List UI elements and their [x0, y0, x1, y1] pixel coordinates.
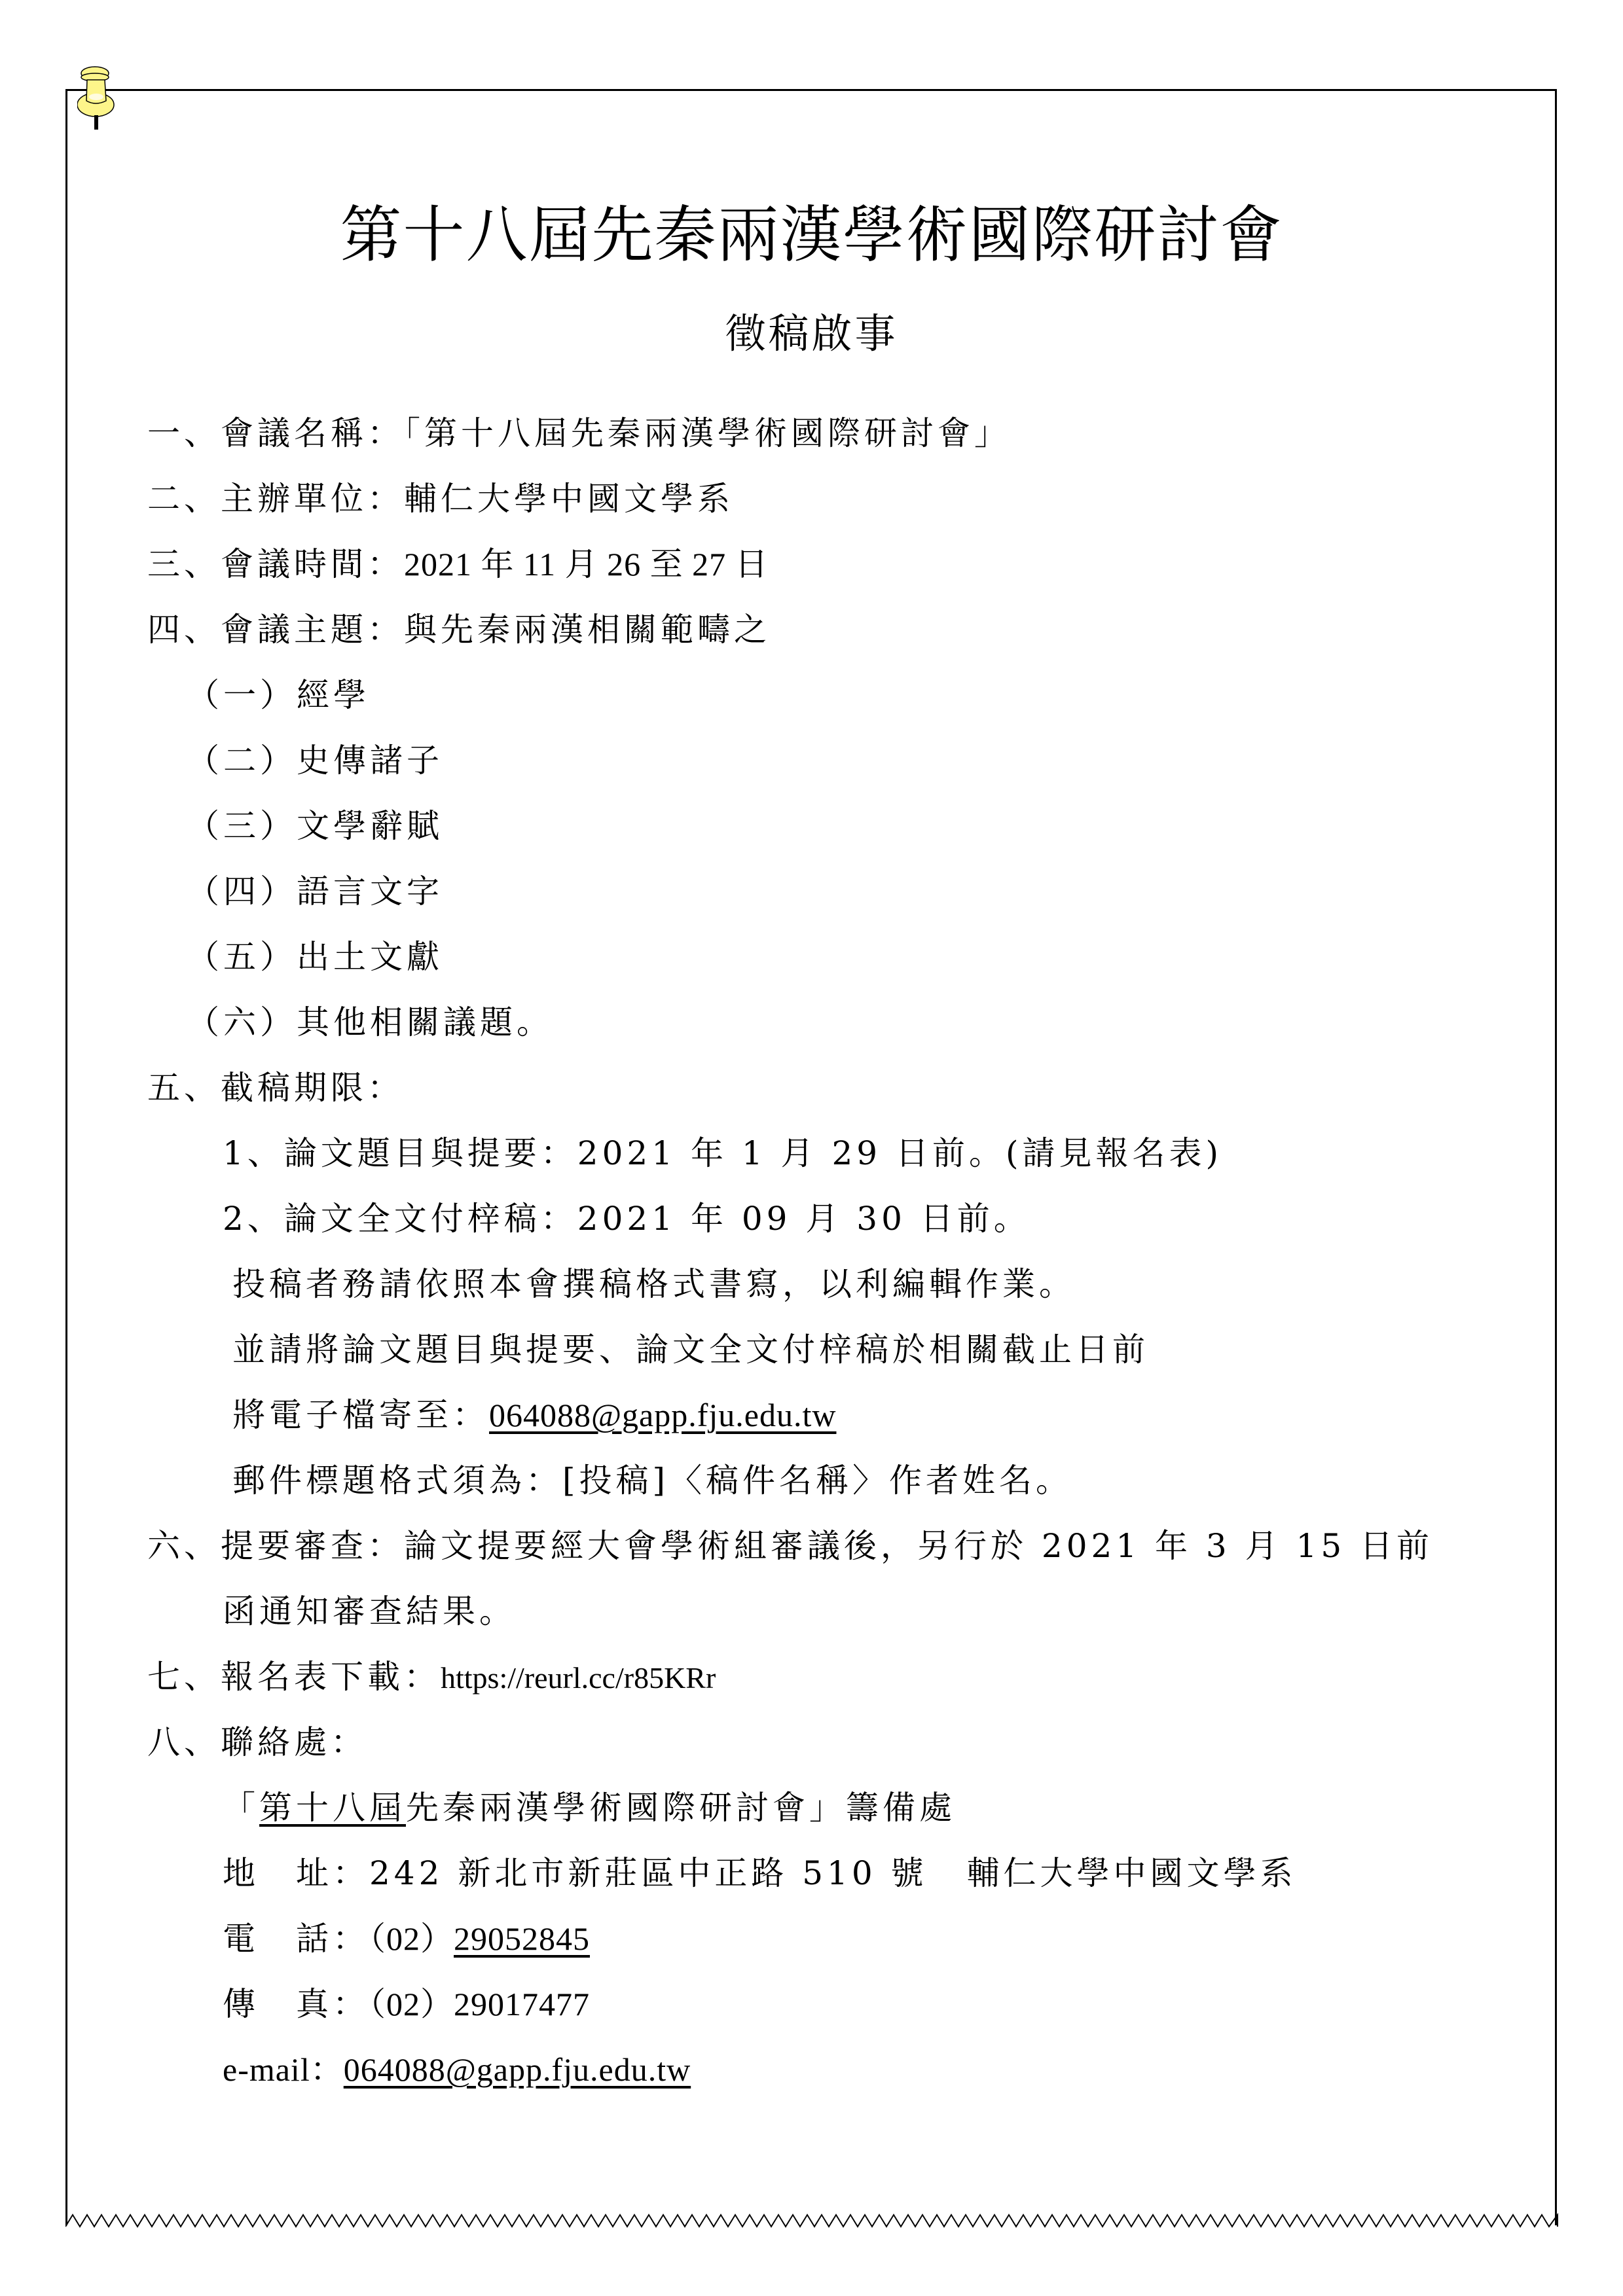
- topic-number: （二）: [187, 742, 297, 780]
- topic-item: （一）經學: [187, 674, 370, 716]
- topic-number: （五）: [187, 938, 297, 976]
- contact-office: 「第十八屆先秦兩漢學術國際研討會」籌備處: [223, 1787, 956, 1829]
- review-text-continued: 函通知審查結果。: [223, 1590, 516, 1632]
- section-label: 二、主辦單位：: [147, 480, 404, 518]
- contact-fax: 傳 真：（02）29017477: [223, 1983, 590, 2025]
- topic-number: （四）: [187, 872, 297, 910]
- address-department: 輔仁大學中國文學系: [967, 1854, 1297, 1892]
- section-label: 四、會議主題：: [147, 611, 404, 649]
- subject-format-note: 郵件標題格式須為：[投稿]〈稿件名稱〉作者姓名。: [232, 1460, 1072, 1501]
- fax-number: （02）29017477: [369, 1986, 590, 2022]
- document-title: 第十八屆先秦兩漢學術國際研討會: [0, 196, 1623, 275]
- deadline-number: 1、: [223, 1134, 284, 1172]
- contact-email: e-mail：064088@gapp.fju.edu.tw: [223, 2049, 691, 2090]
- topic-text: 經學: [297, 676, 370, 714]
- submission-email-link[interactable]: 064088@gapp.fju.edu.tw: [489, 1397, 836, 1433]
- format-note: 投稿者務請依照本會撰稿格式書寫，以利編輯作業。: [232, 1263, 1076, 1305]
- phone-number[interactable]: 29052845: [454, 1920, 590, 1957]
- section-contact: 八、聯絡處：: [147, 1721, 367, 1763]
- topic-item: （六）其他相關議題。: [187, 1001, 553, 1043]
- topic-text: 其他相關議題。: [297, 1003, 553, 1041]
- topic-text: 語言文字: [297, 872, 443, 910]
- topic-number: （一）: [187, 676, 297, 714]
- phone-label: 電 話：: [223, 1920, 369, 1958]
- office-name-underlined: 第十八屆: [259, 1789, 406, 1827]
- address-label: 地 址：: [223, 1854, 369, 1892]
- zigzag-bottom-edge: [65, 2212, 1559, 2232]
- topic-item: （三）文學辭賦: [187, 805, 443, 847]
- section-date: 三、會議時間：2021 年 11 月 26 至 27 日: [147, 543, 769, 585]
- topic-item: （二）史傳諸子: [187, 740, 443, 781]
- section-form-download: 七、報名表下載：https://reurl.cc/r85KRr: [147, 1656, 716, 1699]
- topic-item: （五）出土文獻: [187, 936, 443, 978]
- topic-text: 文學辭賦: [297, 807, 443, 845]
- document-subtitle: 徵稿啟事: [0, 308, 1623, 360]
- date-value: 2021 年 11 月 26 至 27 日: [404, 546, 769, 583]
- section-deadlines: 五、截稿期限：: [147, 1067, 404, 1109]
- topic-text: 史傳諸子: [297, 742, 443, 780]
- section-themes: 四、會議主題：與先秦兩漢相關範疇之: [147, 609, 771, 651]
- deadline-item: 1、論文題目與提要：2021 年 1 月 29 日前。(請見報名表): [223, 1132, 1222, 1174]
- deadline-number: 2、: [223, 1200, 284, 1238]
- section-label: 五、截稿期限：: [147, 1069, 404, 1107]
- section-label: 八、聯絡處：: [147, 1723, 367, 1761]
- topic-number: （三）: [187, 807, 297, 845]
- address-value: 242 新北市新莊區中正路 510 號: [369, 1854, 928, 1892]
- section-label: 六、提要審查：: [147, 1527, 404, 1565]
- contact-address: 地 址：242 新北市新莊區中正路 510 號輔仁大學中國文學系: [223, 1852, 1297, 1894]
- topic-text: 出土文獻: [297, 938, 443, 976]
- topic-number: （六）: [187, 1003, 297, 1041]
- deadline-text: 論文全文付梓稿：2021 年 09 月 30 日前。: [284, 1200, 1030, 1238]
- quote-open: 「: [223, 1789, 259, 1827]
- review-text: 論文提要經大會學術組審議後，另行於 2021 年 3 月 15 日前: [404, 1527, 1433, 1565]
- topic-item: （四）語言文字: [187, 870, 443, 912]
- deadline-item: 2、論文全文付梓稿：2021 年 09 月 30 日前。: [223, 1198, 1030, 1240]
- conference-name-value: 「第十八屆先秦兩漢學術國際研討會」: [404, 414, 1011, 452]
- organizer-value: 輔仁大學中國文學系: [404, 480, 734, 518]
- phone-area-code: （02）: [369, 1920, 454, 1957]
- themes-intro: 與先秦兩漢相關範疇之: [404, 611, 771, 649]
- contact-phone: 電 話：（02）29052845: [223, 1918, 590, 1960]
- fax-label: 傳 真：: [223, 1985, 369, 2023]
- contact-email-link[interactable]: 064088@gapp.fju.edu.tw: [344, 2051, 691, 2088]
- form-download-link[interactable]: https://reurl.cc/r85KRr: [441, 1661, 716, 1695]
- submission-email-prefix: 將電子檔寄至：: [232, 1396, 489, 1434]
- section-organizer: 二、主辦單位：輔仁大學中國文學系: [147, 478, 734, 520]
- pushpin-icon: [77, 64, 117, 131]
- submission-email-line: 將電子檔寄至：064088@gapp.fju.edu.tw: [232, 1394, 836, 1436]
- section-label: 三、會議時間：: [147, 545, 404, 583]
- submission-note: 並請將論文題目與提要、論文全文付梓稿於相關截止日前: [232, 1329, 1149, 1371]
- section-label: 一、會議名稱：: [147, 414, 404, 452]
- section-conference-name: 一、會議名稱：「第十八屆先秦兩漢學術國際研討會」: [147, 412, 1011, 454]
- section-label: 七、報名表下載：: [147, 1658, 441, 1696]
- email-label: e-mail：: [223, 2051, 344, 2088]
- deadline-text: 論文題目與提要：2021 年 1 月 29 日前。(請見報名表): [284, 1134, 1222, 1172]
- section-review: 六、提要審查：論文提要經大會學術組審議後，另行於 2021 年 3 月 15 日…: [147, 1525, 1433, 1567]
- office-name-rest: 先秦兩漢學術國際研討會」籌備處: [406, 1789, 956, 1827]
